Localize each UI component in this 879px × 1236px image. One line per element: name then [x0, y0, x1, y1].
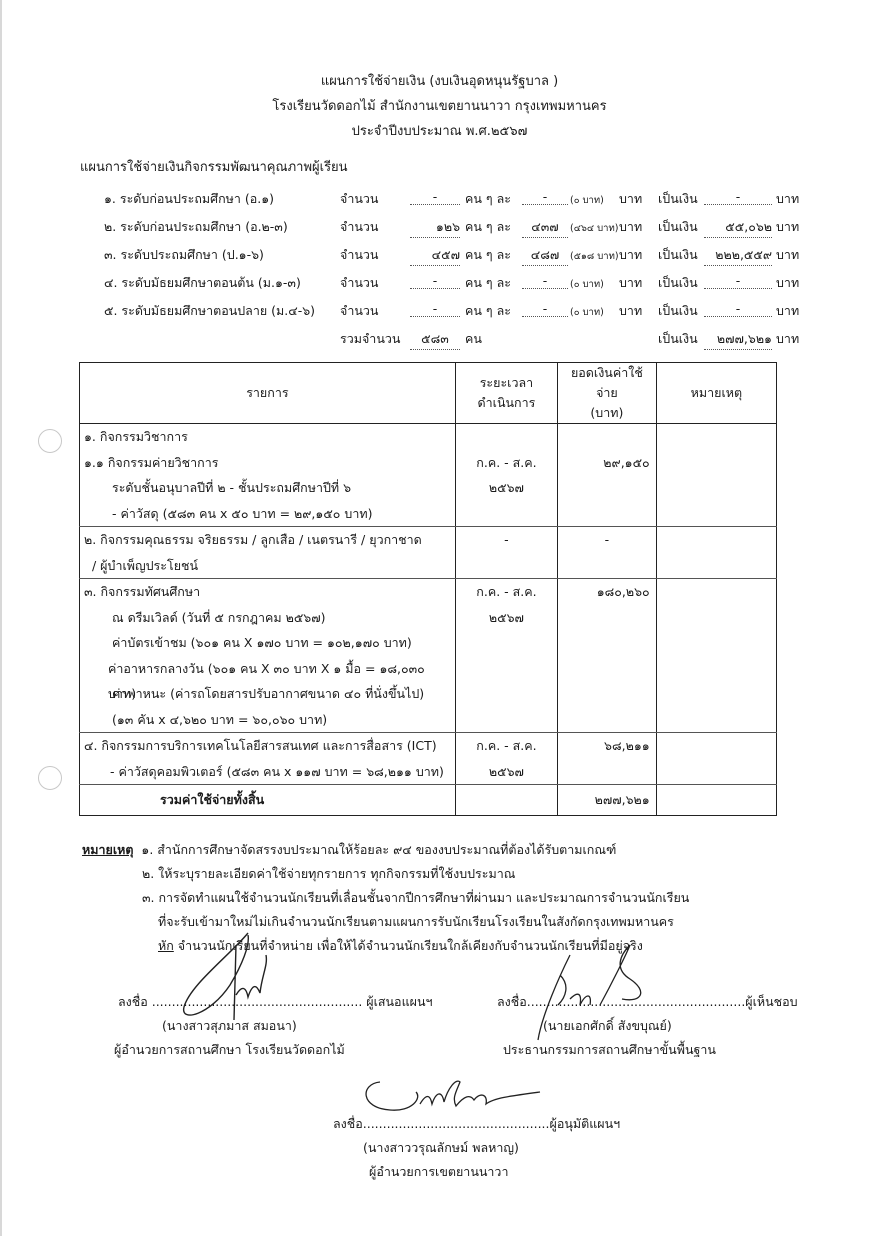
level-rate: ๔๓๗ — [522, 217, 568, 238]
row-item-line: ๔. กิจกรรมการบริการเทคโนโลยีสารสนเทศ และ… — [84, 733, 451, 759]
doc-subtitle-year: ประจำปีงบประมาณ พ.ศ.๒๕๖๗ — [0, 120, 879, 141]
col-header-remark: หมายเหตุ — [656, 363, 776, 424]
level-rate: ๔๘๗ — [522, 245, 568, 266]
level-total: ๒๒๒,๕๕๙ — [704, 245, 772, 266]
level-amount-label: จำนวน — [340, 217, 378, 237]
level-per-label: คน ๆ ละ — [465, 245, 511, 265]
level-rate: - — [522, 189, 568, 205]
row-amount: ๖๘,๒๑๑ — [558, 733, 657, 785]
signature-scrawl — [530, 935, 660, 1045]
row-item-line: ค่าพาหนะ (ค่ารถโดยสารปรับอากาศขนาด ๔๐ ที… — [84, 681, 451, 707]
level-money-label: เป็นเงิน — [658, 189, 698, 209]
level-name: ๕. ระดับมัธยมศึกษาตอนปลาย (ม.๔-๖) — [104, 301, 315, 321]
level-per-label: คน ๆ ละ — [465, 301, 511, 321]
doc-title: แผนการใช้จ่ายเงิน (งบเงินอุดหนุนรัฐบาล ) — [0, 70, 879, 91]
row-period: ก.ค. - ส.ค. ๒๕๖๗ — [455, 733, 557, 785]
row-item: ๔. กิจกรรมการบริการเทคโนโลยีสารสนเทศ และ… — [80, 733, 456, 785]
col-header-amount: ยอดเงินค่าใช้จ่าย(บาท) — [558, 363, 657, 424]
col-header-period: ระยะเวลาดำเนินการ — [455, 363, 557, 424]
row-period: - — [455, 527, 557, 579]
row-item-line: ณ ดรีมเวิลด์ (วันที่ ๕ กรกฎาคม ๒๕๖๗) — [84, 605, 451, 631]
level-baht-label: บาท — [619, 189, 642, 209]
row-amount: ๒๙,๑๕๐ — [558, 424, 657, 527]
row-amount: - — [558, 527, 657, 579]
row-item-line: ระดับชั้นอนุบาลปีที่ ๒ - ชั้นประถมศึกษาป… — [84, 475, 451, 501]
level-amount-label: จำนวน — [340, 245, 378, 265]
row-period: ก.ค. - ส.ค. ๒๕๖๗ — [455, 579, 557, 733]
row-item-line: ๑. กิจกรรมวิชาการ — [84, 424, 451, 450]
signer-position: ผู้อำนวยการเขตยานนาวา — [333, 1160, 620, 1184]
note-item: ๓. การจัดทำแผนใช้จำนวนนักเรียนที่เลื่อนช… — [82, 886, 689, 910]
row-item: ๒. กิจกรรมคุณธรรม จริยธรรม / ลูกเสือ / เ… — [80, 527, 456, 579]
summary-count: ๕๘๓ — [410, 329, 460, 350]
level-baht-label: บาท — [619, 217, 642, 237]
level-rate: - — [522, 273, 568, 289]
level-amount-label: จำนวน — [340, 273, 378, 293]
total-remark — [656, 785, 776, 816]
level-money-label: เป็นเงิน — [658, 301, 698, 321]
level-rate-note: (๐ บาท) — [570, 277, 604, 292]
col-header-item: รายการ — [80, 363, 456, 424]
level-rate: - — [522, 301, 568, 317]
table-row: ๒. กิจกรรมคุณธรรม จริยธรรม / ลูกเสือ / เ… — [80, 527, 777, 579]
level-amount-label: จำนวน — [340, 189, 378, 209]
table-row: ๔. กิจกรรมการบริการเทคโนโลยีสารสนเทศ และ… — [80, 733, 777, 785]
level-money-label: เป็นเงิน — [658, 217, 698, 237]
level-baht-label: บาท — [776, 189, 799, 209]
level-baht-label: บาท — [776, 301, 799, 321]
level-baht-label: บาท — [619, 245, 642, 265]
level-total: ๕๕,๐๖๒ — [704, 217, 772, 238]
row-item-line: ค่าอาหารกลางวัน (๖๐๑ คน X ๓๐ บาท X ๑ มื้… — [84, 656, 451, 682]
row-item-line: (๑๓ คัน x ๔,๖๒๐ บาท = ๖๐,๐๖๐ บาท) — [84, 707, 451, 733]
row-item: ๓. กิจกรรมทัศนศึกษาณ ดรีมเวิลด์ (วันที่ … — [80, 579, 456, 733]
signature-scrawl — [170, 925, 280, 1025]
total-period — [455, 785, 557, 816]
row-item-line: ๑.๑ กิจกรรมค่ายวิชาการ — [84, 450, 451, 476]
level-rate-note: (๐ บาท) — [570, 193, 604, 208]
row-amount: ๑๘๐,๒๖๐ — [558, 579, 657, 733]
summary-total: ๒๗๗,๖๒๑ — [704, 329, 772, 350]
hole-punch-mark — [38, 429, 62, 453]
level-count: - — [410, 273, 460, 289]
level-amount-label: จำนวน — [340, 301, 378, 321]
level-count: - — [410, 301, 460, 317]
level-baht-label: บาท — [776, 273, 799, 293]
doc-subtitle-school: โรงเรียนวัดดอกไม้ สำนักงานเขตยานนาวา กรุ… — [0, 95, 879, 116]
level-name: ๑. ระดับก่อนประถมศึกษา (อ.๑) — [104, 189, 274, 209]
signature-scrawl — [360, 1068, 550, 1128]
signer-name: (นางสาววรุณลักษม์ พลหาญ) — [333, 1136, 620, 1160]
row-item: ๑. กิจกรรมวิชาการ๑.๑ กิจกรรมค่ายวิชาการร… — [80, 424, 456, 527]
row-remark — [656, 579, 776, 733]
level-money-label: เป็นเงิน — [658, 273, 698, 293]
row-item-line: - ค่าวัสดุ (๕๘๓ คน x ๕๐ บาท = ๒๙,๑๕๐ บาท… — [84, 501, 451, 527]
summary-person-label: คน — [465, 329, 482, 349]
level-total: - — [704, 189, 772, 205]
level-money-label: เป็นเงิน — [658, 245, 698, 265]
level-rate-note: (๐ บาท) — [570, 305, 604, 320]
row-remark — [656, 424, 776, 527]
level-count: - — [410, 189, 460, 205]
level-baht-label: บาท — [619, 273, 642, 293]
note-item: ๑. สำนักการศึกษาจัดสรรงบประมาณให้ร้อยละ … — [141, 842, 616, 857]
row-item-line: / ผู้บำเพ็ญประโยชน์ — [84, 553, 451, 579]
summary-count-label: รวมจำนวน — [340, 329, 400, 349]
level-total: - — [704, 301, 772, 317]
level-name: ๓. ระดับประถมศึกษา (ป.๑-๖) — [104, 245, 264, 265]
table-header-row: รายการ ระยะเวลาดำเนินการ ยอดเงินค่าใช้จ่… — [80, 363, 777, 424]
table-total-row: รวมค่าใช้จ่ายทั้งสิ้น ๒๗๗,๖๒๑ — [80, 785, 777, 816]
section-title: แผนการใช้จ่ายเงินกิจกรรมพัฒนาคุณภาพผู้เร… — [80, 156, 348, 177]
signer-position: ผู้อำนวยการสถานศึกษา โรงเรียนวัดดอกไม้ — [114, 1038, 433, 1062]
level-per-label: คน ๆ ละ — [465, 273, 511, 293]
row-item-line: - ค่าวัสดุคอมพิวเตอร์ (๕๘๓ คน x ๑๑๗ บาท … — [84, 759, 451, 785]
level-count: ๑๒๖ — [410, 217, 460, 238]
level-baht-label: บาท — [619, 301, 642, 321]
row-item-line: ๒. กิจกรรมคุณธรรม จริยธรรม / ลูกเสือ / เ… — [84, 527, 451, 553]
table-row: ๓. กิจกรรมทัศนศึกษาณ ดรีมเวิลด์ (วันที่ … — [80, 579, 777, 733]
row-remark — [656, 527, 776, 579]
table-row: ๑. กิจกรรมวิชาการ๑.๑ กิจกรรมค่ายวิชาการร… — [80, 424, 777, 527]
level-per-label: คน ๆ ละ — [465, 189, 511, 209]
row-item-line: ค่าบัตรเข้าชม (๖๐๑ คน X ๑๗๐ บาท = ๑๐๒,๑๗… — [84, 630, 451, 656]
level-count: ๔๕๗ — [410, 245, 460, 266]
level-per-label: คน ๆ ละ — [465, 217, 511, 237]
level-total: - — [704, 273, 772, 289]
level-baht-label: บาท — [776, 217, 799, 237]
row-item-line: ๓. กิจกรรมทัศนศึกษา — [84, 579, 451, 605]
notes-label: หมายเหตุ — [82, 842, 133, 857]
summary-money-label: เป็นเงิน — [658, 329, 698, 349]
row-remark — [656, 733, 776, 785]
summary-baht-label: บาท — [776, 329, 799, 349]
level-name: ๒. ระดับก่อนประถมศึกษา (อ.๒-๓) — [104, 217, 288, 237]
total-label: รวมค่าใช้จ่ายทั้งสิ้น — [80, 785, 456, 816]
level-rate-note: (๔๖๔ บาท) — [570, 221, 618, 236]
page-edge — [0, 0, 2, 1236]
total-amount: ๒๗๗,๖๒๑ — [558, 785, 657, 816]
level-name: ๔. ระดับมัธยมศึกษาตอนต้น (ม.๑-๓) — [104, 273, 301, 293]
level-baht-label: บาท — [776, 245, 799, 265]
level-rate-note: (๕๑๘ บาท) — [570, 249, 619, 264]
plan-table: รายการ ระยะเวลาดำเนินการ ยอดเงินค่าใช้จ่… — [79, 362, 777, 816]
note-item: ๒. ให้ระบุรายละเอียดค่าใช้จ่ายทุกรายการ … — [82, 862, 689, 886]
row-period: ก.ค. - ส.ค. ๒๕๖๗ — [455, 424, 557, 527]
hole-punch-mark — [38, 766, 62, 790]
